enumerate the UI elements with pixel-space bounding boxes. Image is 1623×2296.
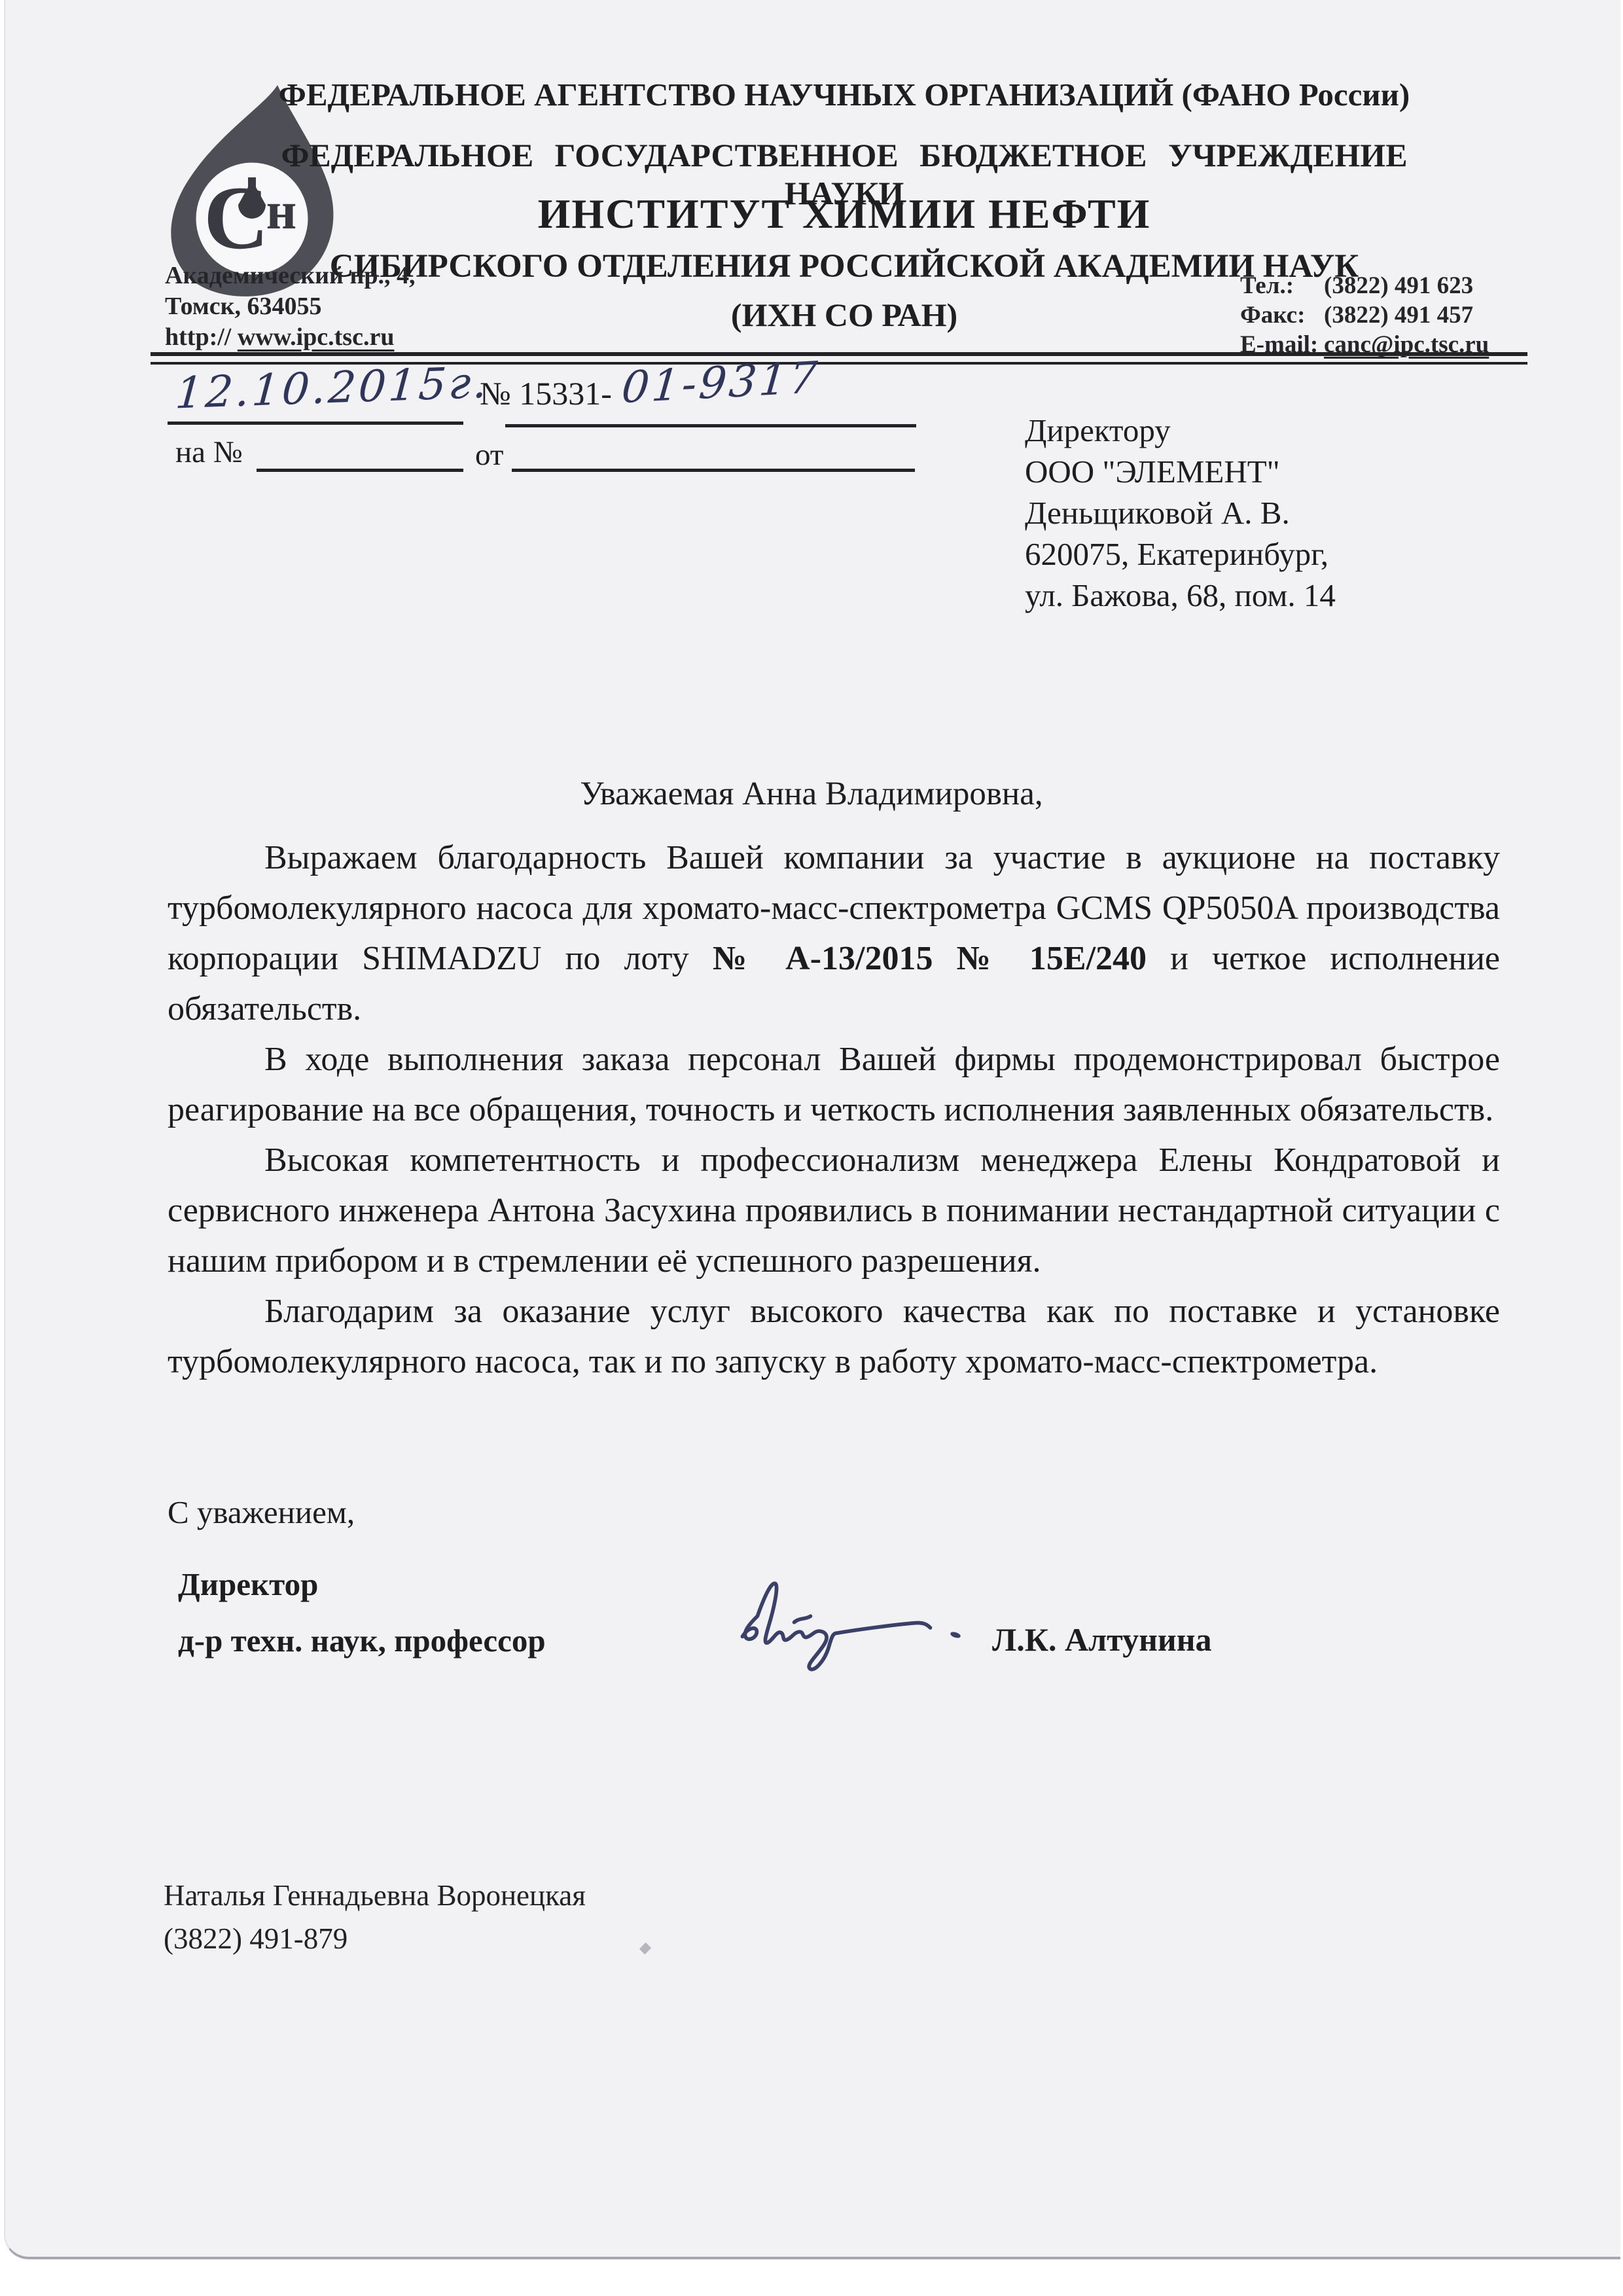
number-underline [505,424,916,427]
website-url: www.ipc.tsc.ru [238,323,395,351]
recipient-line: Деньщиковой А. В. [1025,492,1336,533]
web-prefix: http:// [165,323,231,351]
address-web-line: http:// www.ipc.tsc.ru [165,322,415,353]
signer-title-director: Директор [178,1566,318,1603]
paragraph-4: Благодарим за оказание услуг высокого ка… [168,1286,1500,1387]
recipient-line: Директору [1025,410,1336,451]
recipient-line: ООО "ЭЛЕМЕНТ" [1025,451,1336,492]
closing-regards: С уважением, [168,1494,355,1531]
address-line-2: Томск, 634055 [165,291,415,322]
recipient-block: Директору ООО "ЭЛЕМЕНТ" Деньщиковой А. В… [1025,410,1336,616]
header-institute-name: ИНСТИТУТ ХИМИИ НЕФТИ [236,190,1453,238]
phone-label: Тел.: [1240,271,1324,300]
fax-value: (3822) 491 457 [1324,302,1473,329]
phone-line: Тел.:(3822) 491 623 [1240,271,1489,300]
from-date-label: от [475,437,503,473]
letter-body: Выражаем благодарность Вашей компании за… [168,833,1500,1387]
recipient-line: 620075, Екатеринбург, [1025,533,1336,575]
contacts-block: Тел.:(3822) 491 623 Факс:(3822) 491 457 … [1240,271,1489,359]
contact-person-phone: (3822) 491-879 [164,1922,348,1956]
fax-line: Факс:(3822) 491 457 [1240,300,1489,330]
paragraph-1: Выражаем благодарность Вашей компании за… [168,833,1500,1034]
contact-person-name: Наталья Геннадьевна Воронецкая [164,1878,586,1912]
paragraph-1-lot-numbers: № А-13/2015 № 15Е/240 [713,940,1147,977]
signature-ink-icon [734,1573,938,1683]
from-date-underline [512,469,915,472]
scanned-letter-page: С н ФЕДЕРАЛЬНОЕ АГЕНТСТВО НАУЧНЫХ ОРГАНИ… [0,0,1623,2296]
signer-title-degree: д-р техн. наук, профессор [178,1622,546,1659]
header-agency-line: ФЕДЕРАЛЬНОЕ АГЕНТСТВО НАУЧНЫХ ОРГАНИЗАЦИ… [236,76,1453,113]
in-reply-underline [257,469,463,472]
paragraph-2: В ходе выполнения заказа персонал Вашей … [168,1034,1500,1135]
in-reply-to-label: на № [175,435,243,470]
handwritten-signature [734,1573,938,1683]
fax-label: Факс: [1240,300,1324,330]
handwritten-number: 01-9317 [620,352,822,413]
outgoing-number-printed: № 15331- [480,374,612,412]
signer-name: Л.К. Алтунина [992,1621,1212,1659]
address-block: Академический пр., 4, Томск, 634055 http… [165,260,415,353]
date-underline [168,422,463,425]
salutation: Уважаемая Анна Владимировна, [0,775,1623,813]
phone-value: (3822) 491 623 [1324,272,1473,299]
paragraph-3: Высокая компетентность и профессионализм… [168,1135,1500,1286]
recipient-line: ул. Бажова, 68, пом. 14 [1025,575,1336,616]
address-line-1: Академический пр., 4, [165,260,415,291]
